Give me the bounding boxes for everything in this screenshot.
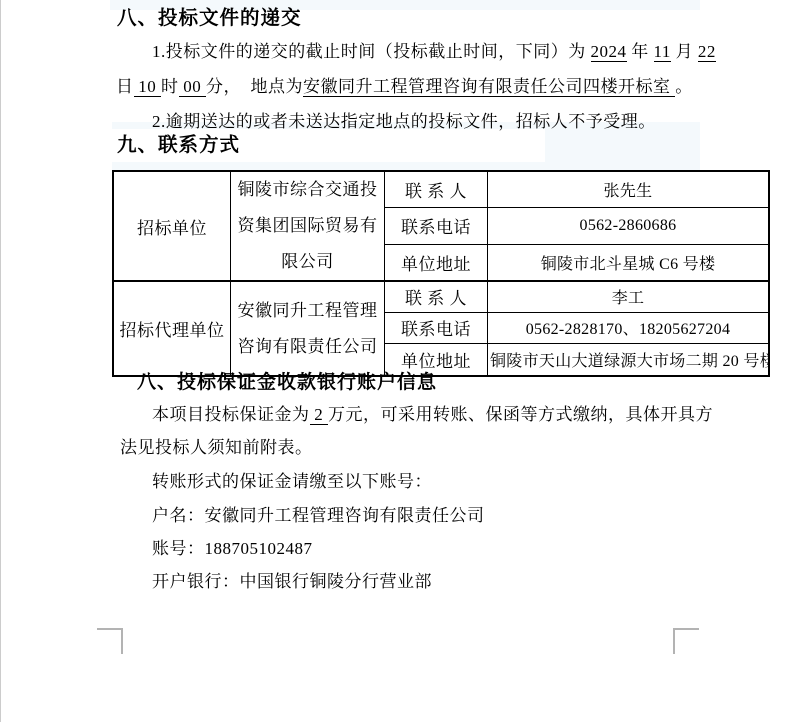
text-boundary-mark-bottom-right [673,628,699,654]
tenderer-role-cell: 招标单位 [113,171,231,281]
submission-deadline-line2: 日 10 时 00 分， 地点为安徽同升工程管理咨询有限责任公司四楼开标室 。 [116,76,693,98]
company-address-label: 单位地址 [385,244,488,281]
submission-deadline-line1: 1.投标文件的递交的截止时间（投标截止时间，下同）为 2024 年 11 月 2… [152,41,716,63]
table-row: 招标单位 铜陵市综合交通投资集团国际贸易有限公司 联 系 人 张先生 [113,171,769,208]
company-address-value: 铜陵市北斗星城 C6 号楼 [488,244,770,281]
contact-phone-label: 联系电话 [385,208,488,245]
deadline-text: 1.投标文件的递交的截止时间（投标截止时间，下同）为 [152,42,591,61]
account-number-line: 账号：188705102487 [152,538,313,560]
agency-phone-label: 联系电话 [385,312,488,343]
deadline-year: 2024 [591,42,627,62]
transfer-instruction-line: 转账形式的保证金请缴至以下账号： [152,471,432,493]
deposit-amount-pre: 本项目投标保证金为 [152,405,310,424]
paragraph-spacing-band-right-of-contact-heading [545,129,700,162]
sentence-end: 。 [675,77,693,96]
contact-table: 招标单位 铜陵市综合交通投资集团国际贸易有限公司 联 系 人 张先生 联系电话 … [112,170,770,377]
deadline-month: 11 [654,42,671,62]
submission-location: 安徽同升工程管理咨询有限责任公司四楼开标室 [303,77,675,97]
agency-phone-value: 0562-2828170、18205627204 [488,312,770,343]
deadline-hour: 10 [134,77,162,97]
account-holder-line: 户名：安徽同升工程管理咨询有限责任公司 [152,505,485,527]
hour-unit: 时 [161,77,179,96]
agency-contact-person-label: 联 系 人 [385,281,488,312]
table-row: 招标代理单位 安徽同升工程管理咨询有限责任公司 联 系 人 李工 [113,281,769,312]
agency-role-cell: 招标代理单位 [113,281,231,376]
page-left-edge-line [0,0,1,722]
contact-section-heading: 九、联系方式 [117,134,240,157]
bank-name-line: 开户银行：中国银行铜陵分行营业部 [152,571,432,593]
tenderer-company-cell: 铜陵市综合交通投资集团国际贸易有限公司 [231,171,385,281]
paragraph-spacing-band-below-contact-heading [112,162,700,170]
deposit-section-heading: 八、投标保证金收款银行账户信息 [137,371,437,394]
contact-phone-value: 0562-2860686 [488,208,770,245]
text-boundary-mark-bottom-left [97,628,123,654]
deposit-method-note: 法见投标人须知前附表。 [120,437,313,459]
agency-company-cell: 安徽同升工程管理咨询有限责任公司 [231,281,385,376]
deadline-day: 22 [698,42,716,62]
submission-section-heading: 八、投标文件的递交 [117,7,302,30]
year-unit: 年 [627,42,654,61]
minute-unit-and-location-label: 分， 地点为 [206,77,303,96]
deposit-amount-line: 本项目投标保证金为 2 万元，可采用转账、保函等方式缴纳，具体开具方 [152,404,713,426]
contact-person-value: 张先生 [488,171,770,208]
deadline-minute: 00 [179,77,207,97]
agency-contact-person-value: 李工 [488,281,770,312]
month-unit: 月 [671,42,698,61]
agency-address-value: 铜陵市天山大道绿源大市场二期 20 号楼 [488,343,770,376]
document-page: 八、投标文件的递交 1.投标文件的递交的截止时间（投标截止时间，下同）为 202… [0,0,793,722]
day-unit: 日 [116,77,134,96]
deposit-amount-value: 2 [310,405,329,425]
deposit-amount-post: 万元，可采用转账、保函等方式缴纳，具体开具方 [328,405,713,424]
late-submission-note: 2.逾期送达的或者未送达指定地点的投标文件，招标人不予受理。 [152,111,656,133]
contact-person-label: 联 系 人 [385,171,488,208]
